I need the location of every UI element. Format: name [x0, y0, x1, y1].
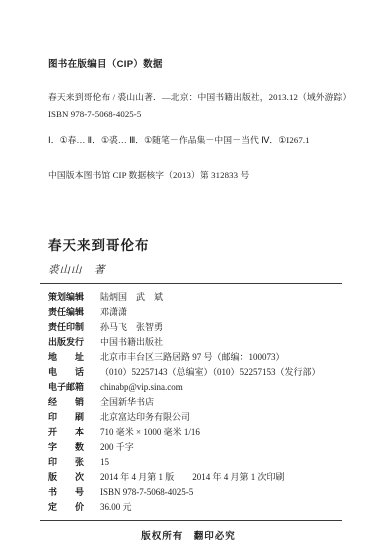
- colophon-label: 开 本: [48, 425, 100, 440]
- colophon-row: 印 刷 北京富达印务有限公司: [48, 410, 342, 425]
- book-author: 裘山山 著: [48, 262, 342, 277]
- colophon-row: 版 次 2014 年 4 月第 1 版 2014 年 4 月第 1 次印刷: [48, 470, 342, 485]
- colophon-label: 印 刷: [48, 410, 100, 425]
- colophon-value: 全国新华书店: [100, 395, 154, 410]
- colophon-row: 书 号 ISBN 978-7-5068-4025-5: [48, 485, 342, 500]
- colophon-row: 定 价 36.00 元: [48, 500, 342, 515]
- cip-header: 图书在版编目（CIP）数据: [48, 56, 342, 70]
- colophon-label: 定 价: [48, 500, 100, 515]
- colophon-label: 责任编辑: [48, 305, 100, 320]
- colophon-label: 策划编辑: [48, 290, 100, 305]
- copyright-page: 图书在版编目（CIP）数据 春天来到哥伦布 / 裘山山著．—北京：中国书籍出版社…: [0, 0, 375, 560]
- colophon-value: 710 毫米 × 1000 毫米 1/16: [100, 425, 200, 440]
- colophon-label: 书 号: [48, 485, 100, 500]
- colophon-label: 经 销: [48, 395, 100, 410]
- colophon-row: 出版发行 中国书籍出版社: [48, 335, 342, 350]
- colophon-row: 地 址 北京市丰台区三路居路 97 号（邮编：100073）: [48, 350, 342, 365]
- colophon-label: 字 数: [48, 440, 100, 455]
- colophon-row: 策划编辑 陆炳国 武 斌: [48, 290, 342, 305]
- colophon-label: 出版发行: [48, 335, 100, 350]
- colophon-value: 中国书籍出版社: [100, 335, 163, 350]
- colophon-label: 印 张: [48, 455, 100, 470]
- colophon-value: 200 千字: [100, 440, 134, 455]
- colophon-value: 北京市丰台区三路居路 97 号（邮编：100073）: [100, 350, 285, 365]
- colophon-value: chinabp@vip.sina.com: [100, 380, 183, 395]
- colophon-value: 2014 年 4 月第 1 版 2014 年 4 月第 1 次印刷: [100, 470, 285, 485]
- colophon-row: 责任印制 孙马飞 张智勇: [48, 320, 342, 335]
- colophon-value: 36.00 元: [100, 500, 132, 515]
- colophon-value: （010）52257143（总编室）（010）52257153（发行部）: [100, 365, 321, 380]
- copyright-notice: 版权所有 翻印必究: [35, 528, 342, 542]
- colophon-value: 孙马飞 张智勇: [100, 320, 163, 335]
- cip-description: 春天来到哥伦布 / 裘山山著．—北京：中国书籍出版社，2013.12（域外游踪）: [48, 90, 342, 103]
- title-block: 春天来到哥伦布 裘山山 著: [48, 234, 342, 277]
- divider-top: [40, 283, 342, 284]
- book-title: 春天来到哥伦布: [48, 234, 342, 254]
- colophon-row: 字 数 200 千字: [48, 440, 342, 455]
- colophon-label: 电 话: [48, 365, 100, 380]
- colophon-value: 15: [100, 455, 109, 470]
- colophon-table: 策划编辑 陆炳国 武 斌 责任编辑 邓潇潇 责任印制 孙马飞 张智勇 出版发行 …: [48, 290, 342, 515]
- colophon-row: 电子邮箱 chinabp@vip.sina.com: [48, 380, 342, 395]
- colophon-label: 电子邮箱: [48, 380, 100, 395]
- colophon-value: 陆炳国 武 斌: [100, 290, 163, 305]
- colophon-label: 责任印制: [48, 320, 100, 335]
- colophon-row: 责任编辑 邓潇潇: [48, 305, 342, 320]
- colophon-row: 开 本 710 毫米 × 1000 毫米 1/16: [48, 425, 342, 440]
- cip-isbn: ISBN 978-7-5068-4025-5: [48, 109, 342, 119]
- colophon-value: 北京富达印务有限公司: [100, 410, 190, 425]
- divider-bottom: [40, 520, 342, 521]
- colophon-row: 电 话 （010）52257143（总编室）（010）52257153（发行部）: [48, 365, 342, 380]
- colophon-row: 印 张 15: [48, 455, 342, 470]
- cip-classification: Ⅰ．①春… Ⅱ．①裘… Ⅲ．①随笔－作品集－中国－当代 Ⅳ．①I267.1: [48, 133, 342, 146]
- colophon-value: ISBN 978-7-5068-4025-5: [100, 485, 193, 500]
- cip-section: 图书在版编目（CIP）数据 春天来到哥伦布 / 裘山山著．—北京：中国书籍出版社…: [48, 56, 342, 181]
- colophon-value: 邓潇潇: [100, 305, 127, 320]
- colophon-label: 版 次: [48, 470, 100, 485]
- page-content: 图书在版编目（CIP）数据 春天来到哥伦布 / 裘山山著．—北京：中国书籍出版社…: [0, 0, 375, 542]
- colophon-row: 经 销 全国新华书店: [48, 395, 342, 410]
- colophon-label: 地 址: [48, 350, 100, 365]
- cip-record-number: 中国版本图书馆 CIP 数据核字（2013）第 312833 号: [48, 168, 342, 181]
